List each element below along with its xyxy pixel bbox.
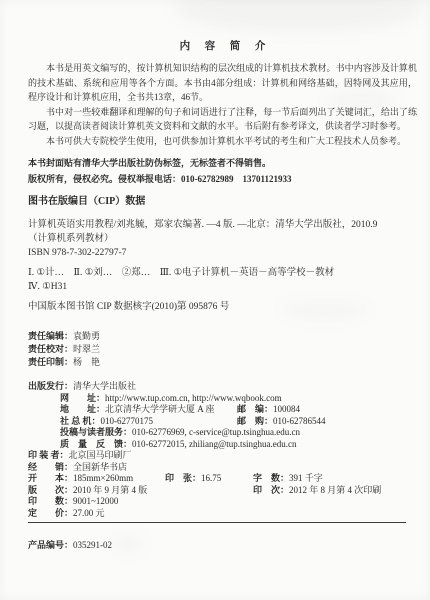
cip-data-section: 图书在版编目（CIP）数据 计算机英语实用教程/刘兆毓，郑家农编著. —4 版.… bbox=[28, 196, 417, 314]
staff-row-proofreader: 责任校对：时翠兰 bbox=[28, 343, 100, 356]
content-summary-paragraph-3: 本书可供大专院校学生使用，也可供参加计算机水平考试的考生和广大工程技术人员参考。 bbox=[28, 134, 417, 149]
printer-value: 北京国马印刷厂 bbox=[69, 450, 132, 460]
switchboard-cell: 社 总 机：010-62770175 bbox=[60, 416, 237, 428]
distribution-label: 经 销： bbox=[28, 462, 73, 472]
website-label: 网 址： bbox=[60, 393, 105, 403]
footer-divider bbox=[28, 522, 406, 523]
reader-service-label: 投稿与读者服务： bbox=[60, 427, 132, 437]
switchboard-value: 010-62770175 bbox=[101, 416, 154, 426]
words-label: 字 数： bbox=[253, 473, 289, 483]
staff-label: 责任编辑： bbox=[28, 331, 73, 341]
sheets-value: 16.75 bbox=[201, 473, 221, 483]
mailorder-label: 邮 购： bbox=[237, 416, 273, 426]
format-label: 开 本： bbox=[28, 473, 73, 483]
impression-label: 印 次： bbox=[253, 485, 289, 495]
quality-feedback-label: 质 量 反 馈： bbox=[60, 439, 132, 449]
format-cell: 开 本：185mm×260mm bbox=[28, 473, 165, 485]
anti-piracy-line-1: 本书封面贴有清华大学出版社防伪标签，无标签者不得销售。 bbox=[28, 156, 417, 172]
distribution-value: 全国新华书店 bbox=[73, 462, 127, 472]
words-cell: 字 数：391 千字 bbox=[253, 473, 323, 485]
postcode-cell: 邮 编：100084 bbox=[237, 404, 300, 416]
print-run-label: 印 数： bbox=[28, 496, 73, 506]
impression-cell: 印 次：2012 年 8 月第 4 次印刷 bbox=[253, 485, 381, 497]
switchboard-row: 社 总 机：010-62770175 邮 购：010-62786544 bbox=[28, 416, 417, 428]
print-run-row: 印 数：9001~12000 bbox=[28, 496, 417, 508]
staff-row-print-supervisor: 责任印制：杨 艳 bbox=[28, 356, 100, 369]
website-value: http://www.tup.com.cn, http://www.wqbook… bbox=[105, 393, 282, 403]
cip-series: （计算机系列教材） bbox=[28, 232, 417, 246]
content-summary-section: 内 容 简 介 本书是用英文编写的，按计算机知识结构的层次组成的计算机技术教材。… bbox=[28, 38, 417, 149]
edition-label: 版 次： bbox=[28, 485, 73, 495]
publisher-row: 出版发行：清华大学出版社 bbox=[28, 381, 417, 393]
content-summary-paragraph-1: 本书是用英文编写的，按计算机知识结构的层次组成的计算机技术教材。书中内容涉及计算… bbox=[28, 61, 417, 105]
address-cell: 地 址：北京清华大学学研大厦 A 座 bbox=[60, 404, 237, 416]
mailorder-value: 010-62786544 bbox=[273, 416, 326, 426]
product-code-row: 产品编号：035291-02 bbox=[28, 538, 112, 551]
cip-isbn: ISBN 978-7-302-22797-7 bbox=[28, 246, 417, 260]
staff-value: 杨 艳 bbox=[73, 357, 100, 367]
address-label: 地 址： bbox=[60, 404, 105, 414]
anti-piracy-notice: 本书封面贴有清华大学出版社防伪标签，无标签者不得销售。 版权所有，侵权必究。侵权… bbox=[28, 156, 417, 187]
staff-value: 时翠兰 bbox=[73, 344, 100, 354]
sheets-cell: 印 张：16.75 bbox=[165, 473, 253, 485]
editorial-staff-section: 责任编辑：袁勤勇 责任校对：时翠兰 责任印制：杨 艳 bbox=[28, 330, 100, 369]
impression-value: 2012 年 8 月第 4 次印刷 bbox=[289, 485, 381, 495]
postcode-label: 邮 编： bbox=[237, 404, 273, 414]
mailorder-cell: 邮 购：010-62786544 bbox=[237, 416, 326, 428]
address-value: 北京清华大学学研大厦 A 座 bbox=[105, 404, 215, 414]
staff-label: 责任校对： bbox=[28, 344, 73, 354]
reader-service-row: 投稿与读者服务：010-62776969, c-service@tup.tsin… bbox=[28, 427, 417, 439]
edition-value: 2010 年 9 月第 4 版 bbox=[73, 485, 147, 495]
edition-cell: 版 次：2010 年 9 月第 4 版 bbox=[28, 485, 253, 497]
print-run-value: 9001~12000 bbox=[73, 496, 118, 506]
book-copyright-page: 内 容 简 介 本书是用英文编写的，按计算机知识结构的层次组成的计算机技术教材。… bbox=[0, 0, 430, 600]
website-row: 网 址：http://www.tup.com.cn, http://www.wq… bbox=[28, 393, 417, 405]
publisher-label: 出版发行： bbox=[28, 381, 73, 391]
address-row: 地 址：北京清华大学学研大厦 A 座 邮 编：100084 bbox=[28, 404, 417, 416]
edition-row: 版 次：2010 年 9 月第 4 版 印 次：2012 年 8 月第 4 次印… bbox=[28, 485, 417, 497]
product-code-label: 产品编号： bbox=[28, 540, 73, 550]
format-value: 185mm×260mm bbox=[73, 473, 133, 483]
content-summary-paragraph-2: 书中对一些较难翻译和理解的句子和词语进行了注释，每一节后面列出了关键词汇，给出了… bbox=[28, 105, 417, 134]
switchboard-label: 社 总 机： bbox=[60, 416, 101, 426]
publisher-value: 清华大学出版社 bbox=[73, 381, 136, 391]
cip-record: 计算机英语实用教程/刘兆毓，郑家农编著. —4 版. —北京：清华大学出版社，2… bbox=[28, 218, 417, 232]
quality-feedback-value: 010-62772015, zhiliang@tup.tsinghua.edu.… bbox=[132, 439, 297, 449]
printer-label: 印 装 者： bbox=[28, 450, 69, 460]
cip-classification-1: Ⅰ. ①计… Ⅱ. ①刘… ②郑… Ⅲ. ①电子计算机－英语－高等学校－教材 bbox=[28, 266, 417, 280]
publishing-info-section: 出版发行：清华大学出版社 网 址：http://www.tup.com.cn, … bbox=[28, 381, 417, 519]
printer-row: 印 装 者：北京国马印刷厂 bbox=[28, 450, 417, 462]
quality-feedback-row: 质 量 反 馈：010-62772015, zhiliang@tup.tsing… bbox=[28, 439, 417, 451]
price-value: 27.00 元 bbox=[73, 508, 105, 518]
staff-value: 袁勤勇 bbox=[73, 331, 100, 341]
content-summary-title: 内 容 简 介 bbox=[34, 38, 417, 53]
scan-artifact bbox=[174, 0, 424, 32]
staff-row-editor: 责任编辑：袁勤勇 bbox=[28, 330, 100, 343]
format-row: 开 本：185mm×260mm 印 张：16.75 字 数：391 千字 bbox=[28, 473, 417, 485]
product-code-value: 035291-02 bbox=[73, 540, 112, 550]
cip-classification-2: Ⅳ. ①H31 bbox=[28, 280, 417, 294]
cip-heading: 图书在版编目（CIP）数据 bbox=[28, 196, 417, 208]
reader-service-value: 010-62776969, c-service@tup.tsinghua.edu… bbox=[132, 427, 300, 437]
sheets-label: 印 张： bbox=[165, 473, 201, 483]
anti-piracy-line-2: 版权所有，侵权必究。侵权举报电话：010-62782989 1370112193… bbox=[28, 172, 417, 188]
cip-registry-number: 中国版本图书馆 CIP 数据核字(2010)第 095876 号 bbox=[28, 300, 417, 314]
scan-artifact bbox=[110, 536, 144, 552]
staff-label: 责任印制： bbox=[28, 357, 73, 367]
price-row: 定 价：27.00 元 bbox=[28, 508, 417, 520]
postcode-value: 100084 bbox=[273, 404, 300, 414]
distribution-row: 经 销：全国新华书店 bbox=[28, 462, 417, 474]
price-label: 定 价： bbox=[28, 508, 73, 518]
words-value: 391 千字 bbox=[289, 473, 323, 483]
